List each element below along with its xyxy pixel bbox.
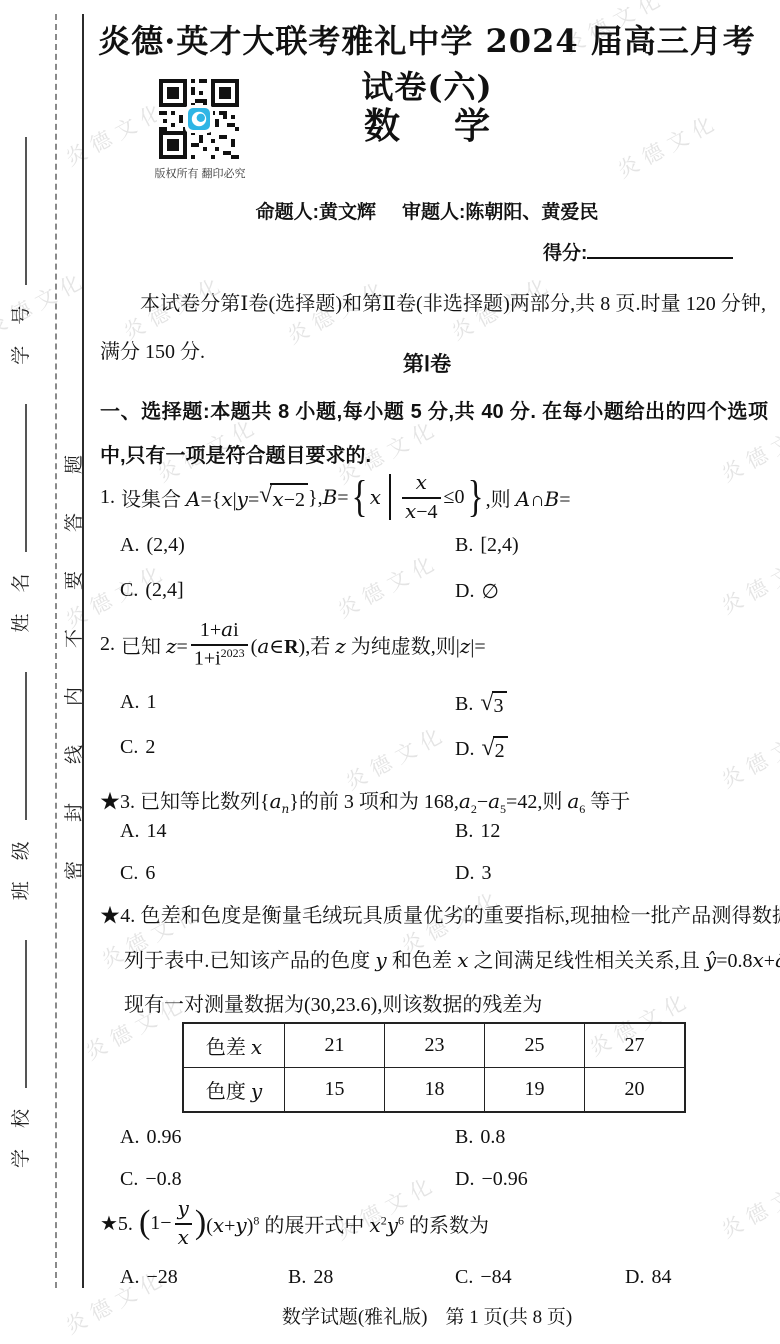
part1-heading: 第Ⅰ卷: [82, 348, 772, 378]
footer-doc-title: 数学试题(雅礼版): [282, 1307, 428, 1328]
field-class-label: 班级: [11, 820, 32, 900]
option-c: C.(2,4]: [120, 579, 184, 602]
question-4-stem: ★4. 色差和色度是衡量毛绒玩具质量优劣的重要指标,现抽检一批产品测得数据列于表…: [100, 894, 780, 1027]
fraction: 1+ai1+i2023: [191, 618, 248, 669]
score-fill-blank: [587, 253, 733, 259]
subject-title: 数学: [82, 98, 772, 149]
option-b: B.√3: [455, 691, 507, 718]
option-a: A.(2,4): [120, 534, 185, 557]
score-label: 得分:: [543, 243, 587, 264]
qr-copyright-caption: 版权所有 翻印必究: [150, 165, 250, 181]
question-2-stem: 2.已知 z=1+ai1+i2023(a∈R),若 z 为纯虚数,则|z|=: [100, 613, 486, 675]
question-5-stem: ★5.(1−yx)(x+y)8 的展开式中 x2y6 的系数为: [100, 1196, 489, 1250]
option-b: B.12: [455, 820, 500, 843]
fraction: yx: [175, 1197, 192, 1249]
question-1-options-cd: C.(2,4] D.∅: [82, 579, 780, 605]
question-3-options-ab: A.14 B.12: [82, 820, 780, 846]
option-c: C.−0.8: [120, 1168, 182, 1191]
option-a: A.14: [120, 820, 166, 843]
page-footer: 数学试题(雅礼版)第 1 页(共 8 页): [82, 1302, 772, 1329]
sqrt-expression: √2: [481, 736, 507, 763]
seal-dashed-line: [55, 14, 57, 1288]
option-d: D.√2: [455, 736, 508, 763]
score-field: 得分:: [543, 238, 733, 265]
option-c: C.−84: [455, 1266, 512, 1289]
student-info-fields: 学校 班级 姓名 学号: [6, 126, 48, 1168]
table-row: 色度 y 15 18 19 20: [183, 1068, 685, 1113]
question-2-number: 2.: [100, 633, 115, 656]
name-fill-blank: [22, 404, 27, 552]
question-5-number: ★5.: [100, 1211, 133, 1236]
option-d: D.3: [455, 862, 491, 885]
option-a: A.1: [120, 691, 156, 714]
option-d: D.∅: [455, 579, 499, 604]
question-4-options-ab: A.0.96 B.0.8: [82, 1126, 780, 1152]
class-fill-blank: [22, 672, 27, 820]
field-name-label: 姓名: [11, 552, 32, 632]
section1-heading: 一、选择题:本题共 8 小题,每小题 5 分,共 40 分. 在每小题给出的四个…: [100, 390, 768, 478]
sqrt-expression: √x−2: [259, 483, 308, 512]
question-5-options: A.−28 B.28 C.−84 D.84: [82, 1266, 780, 1292]
set-builder-bar: [389, 474, 391, 520]
option-d: D.−0.96: [455, 1168, 528, 1191]
option-b: B.28: [288, 1266, 333, 1289]
footer-page-number: 第 1 页(共 8 页): [446, 1307, 573, 1328]
option-b: B.[2,4): [455, 534, 519, 557]
seal-line-text: 密封线内不要答题: [59, 388, 83, 880]
question-1-options-ab: A.(2,4) B.[2,4): [82, 534, 780, 560]
question-1-stem: 1.设集合 A={x|y=√x−2},B={xxx−4≤0},则 A∩B=: [100, 468, 571, 526]
question-3-number: ★3.: [100, 791, 135, 813]
option-d: D.84: [625, 1266, 671, 1289]
exam-paper: 炎德文化 炎德文化 炎德文化 炎德文化 炎德文化 炎德文化 炎德文化 炎德文化 …: [0, 0, 780, 1344]
school-fill-blank: [22, 940, 27, 1088]
field-studentid-label: 学号: [11, 285, 32, 365]
studentid-fill-blank: [22, 137, 27, 285]
question-4-number: ★4.: [100, 905, 135, 927]
field-school-label: 学校: [11, 1088, 32, 1168]
question-2-options-cd: C.2 D.√2: [82, 736, 780, 762]
option-c: C.6: [120, 862, 155, 885]
sqrt-expression: √3: [480, 691, 506, 718]
question-2-options-ab: A.1 B.√3: [82, 691, 780, 717]
setters-line: 命题人:黄文辉审题人:陈朝阳、黄爱民: [82, 197, 772, 224]
question-1-number: 1.: [100, 486, 115, 509]
option-c: C.2: [120, 736, 155, 759]
question-4-data-table: 色差 x 21 23 25 27 色度 y 15 18 19 20: [182, 1022, 686, 1113]
table-row: 色差 x 21 23 25 27: [183, 1023, 685, 1068]
question-4-options-cd: C.−0.8 D.−0.96: [82, 1168, 780, 1194]
reviewer-label: 审题人:陈朝阳、黄爱民: [402, 202, 598, 223]
option-a: A.−28: [120, 1266, 178, 1289]
question-3-options-cd: C.6 D.3: [82, 862, 780, 888]
fraction: xx−4: [402, 471, 441, 523]
setter-label: 命题人:黄文辉: [256, 202, 376, 223]
option-b: B.0.8: [455, 1126, 505, 1149]
option-a: A.0.96: [120, 1126, 181, 1149]
